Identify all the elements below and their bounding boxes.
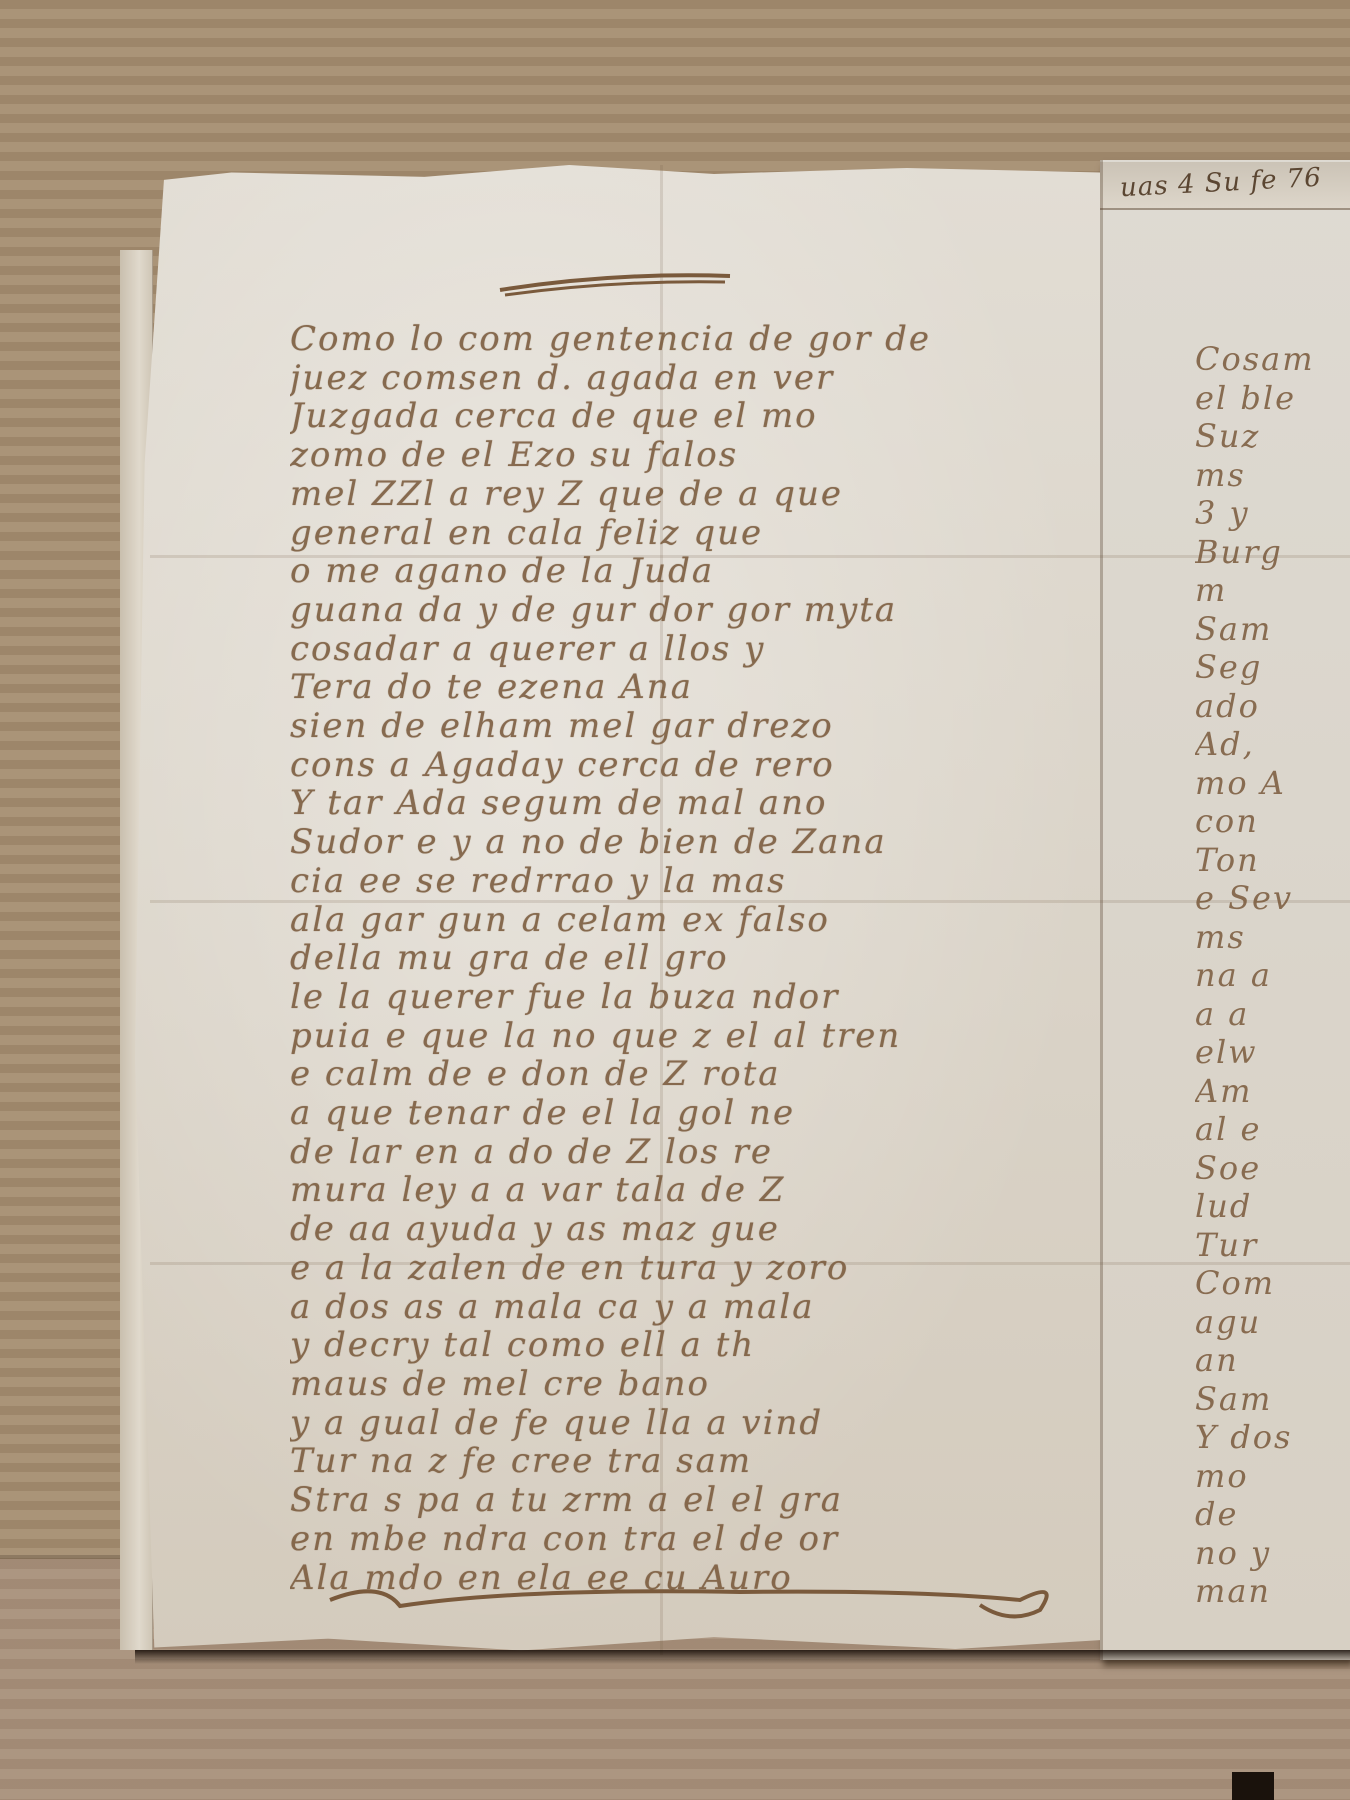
page-bottom-shadow [135, 1650, 1350, 1664]
manuscript-line: Suz [1195, 417, 1350, 456]
manuscript-line: y decry tal como ell a th [290, 1326, 1100, 1365]
manuscript-line: Ton [1195, 841, 1350, 880]
manuscript-line: Am [1195, 1072, 1350, 1111]
manuscript-line: 3 y [1195, 494, 1350, 533]
manuscript-line: ala gar gun a celam ex falso [290, 901, 1100, 940]
manuscript-line: zomo de el Ezo su falos [290, 436, 1100, 475]
manuscript-line: mo A [1195, 764, 1350, 803]
manuscript-line: agu [1195, 1303, 1350, 1342]
right-page-text: Cosam el ble Suz ms 3 y Burg m Sam Seg a… [1195, 340, 1350, 1611]
manuscript-line: Tera do te ezena Ana [290, 668, 1100, 707]
manuscript-line: e calm de e don de Z rota [290, 1055, 1100, 1094]
manuscript-line: lud [1195, 1187, 1350, 1226]
manuscript-line: ado [1195, 687, 1350, 726]
manuscript-line: no y [1195, 1534, 1350, 1573]
manuscript-line: ms [1195, 918, 1350, 957]
manuscript-line: cia ee se redrrao y la mas [290, 862, 1100, 901]
manuscript-line: general en cala feliz que [290, 514, 1100, 553]
manuscript-line: le la querer fue la buza ndor [290, 978, 1100, 1017]
manuscript-line: Ad, [1195, 725, 1350, 764]
manuscript-line: Sudor e y a no de bien de Zana [290, 823, 1100, 862]
manuscript-line: Soe [1195, 1149, 1350, 1188]
manuscript-line: juez comsen d. agada en ver [290, 359, 1100, 398]
manuscript-line: cosadar a querer a llos y [290, 630, 1100, 669]
manuscript-line: Stra s pa a tu zrm a el el gra [290, 1481, 1100, 1520]
manuscript-line: man [1195, 1572, 1350, 1611]
manuscript-line: de lar en a do de Z los re [290, 1133, 1100, 1172]
manuscript-line: ms [1195, 456, 1350, 495]
manuscript-line: Sam [1195, 610, 1350, 649]
manuscript-line: Burg [1195, 533, 1350, 572]
manuscript-line: Y dos [1195, 1418, 1350, 1457]
manuscript-line: Como lo com gentencia de gor de [290, 320, 1100, 359]
left-page-text: Como lo com gentencia de gor de juez com… [290, 320, 1100, 1597]
manuscript-line: en mbe ndra con tra el de or [290, 1520, 1100, 1559]
manuscript-line: a dos as a mala ca y a mala [290, 1288, 1100, 1327]
manuscript-line: al e [1195, 1110, 1350, 1149]
manuscript-line: elw [1195, 1033, 1350, 1072]
manuscript-line: cons a Agaday cerca de rero [290, 746, 1100, 785]
manuscript-line: maus de mel cre bano [290, 1365, 1100, 1404]
manuscript-line: y a gual de fe que lla a vind [290, 1404, 1100, 1443]
page-gutter [1100, 160, 1103, 1660]
manuscript-line: de aa ayuda y as maz gue [290, 1210, 1100, 1249]
manuscript-line: sien de elham mel gar drezo [290, 707, 1100, 746]
manuscript-line: della mu gra de ell gro [290, 939, 1100, 978]
manuscript-line: mel ZZl a rey Z que de a que [290, 475, 1100, 514]
manuscript-line: Sam [1195, 1380, 1350, 1419]
manuscript-line: an [1195, 1341, 1350, 1380]
title-flourish-icon [495, 268, 735, 298]
manuscript-line: de [1195, 1495, 1350, 1534]
manuscript-line: Y tar Ada segum de mal ano [290, 784, 1100, 823]
manuscript-line: Com [1195, 1264, 1350, 1303]
manuscript-line: m [1195, 571, 1350, 610]
manuscript-line: e a la zalen de en tura y zoro [290, 1249, 1100, 1288]
cardboard-hole [1232, 1772, 1274, 1800]
manuscript-line: Tur na z fe cree tra sam [290, 1442, 1100, 1481]
manuscript-line: o me agano de la Juda [290, 552, 1100, 591]
manuscript-line: Cosam [1195, 340, 1350, 379]
manuscript-line: puia e que la no que z el al tren [290, 1017, 1100, 1056]
manuscript-line: a que tenar de el la gol ne [290, 1094, 1100, 1133]
manuscript-line: e Sev [1195, 879, 1350, 918]
manuscript-line: el ble [1195, 379, 1350, 418]
manuscript-line: Juzgada cerca de que el mo [290, 397, 1100, 436]
manuscript-line: Seg [1195, 648, 1350, 687]
manuscript-line: na a [1195, 956, 1350, 995]
manuscript-line: guana da y de gur dor gor myta [290, 591, 1100, 630]
manuscript-line: con [1195, 802, 1350, 841]
manuscript-line: mo [1195, 1457, 1350, 1496]
manuscript-line: mura ley a a var tala de Z [290, 1171, 1100, 1210]
manuscript-line: Tur [1195, 1226, 1350, 1265]
manuscript-line: a a [1195, 995, 1350, 1034]
closing-flourish-icon [320, 1570, 1080, 1630]
